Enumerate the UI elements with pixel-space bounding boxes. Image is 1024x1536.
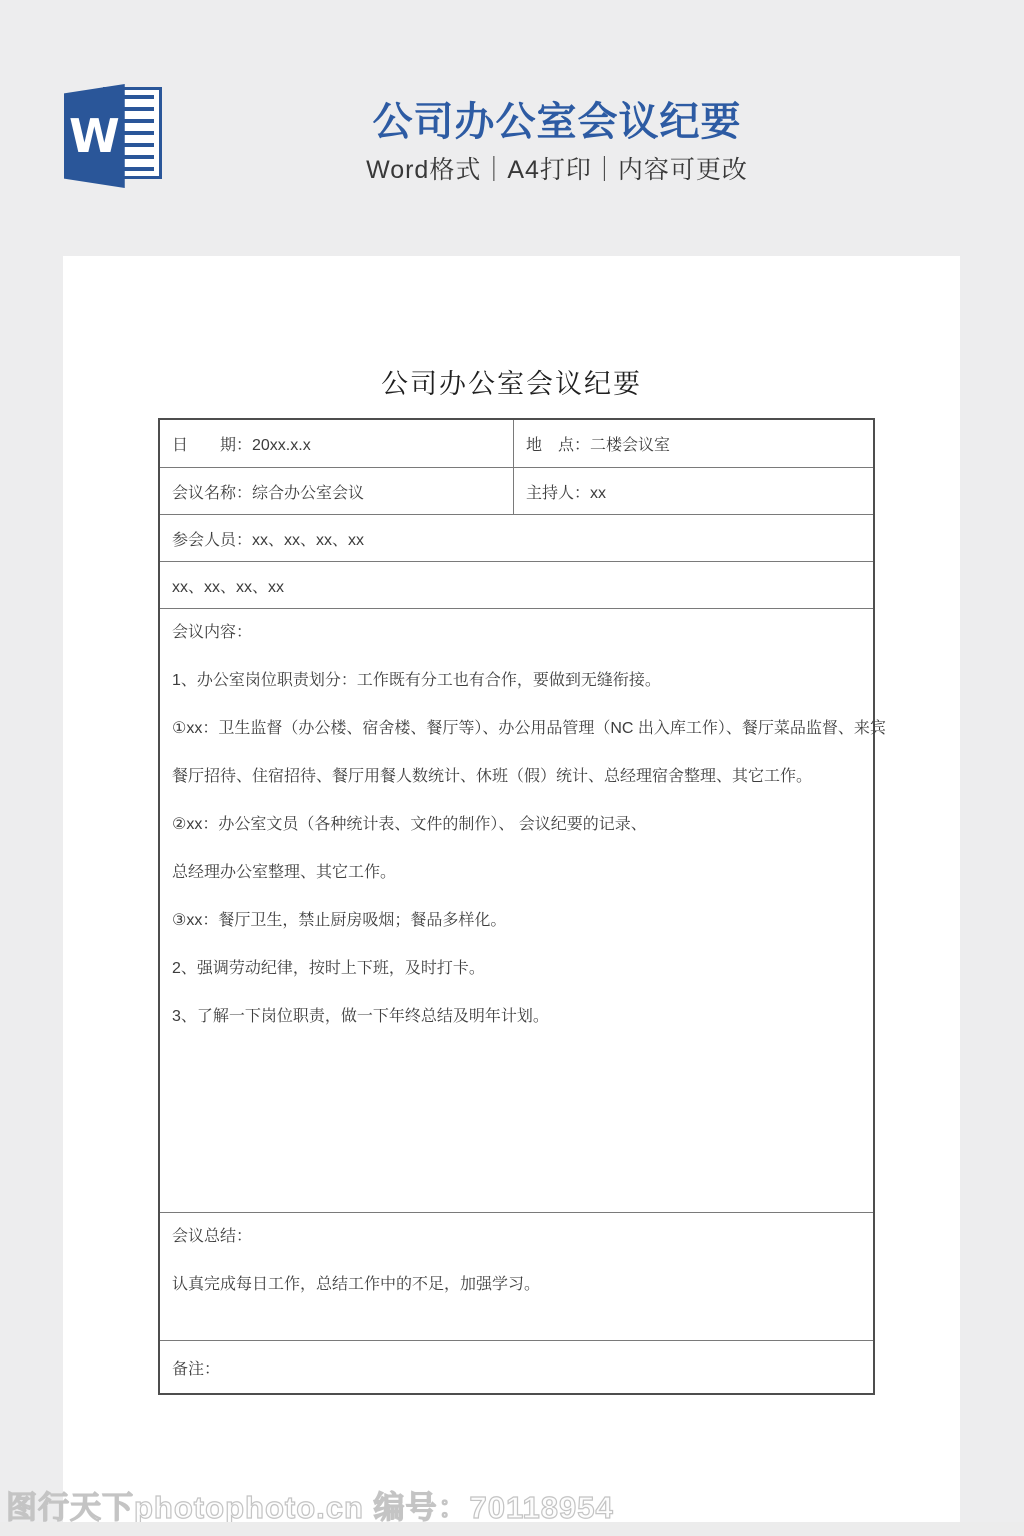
template-header: W 公司办公室会议纪要 Word格式｜A4打印｜内容可更改 xyxy=(0,0,1024,256)
content-line: ①xx：卫生监督（办公楼、宿舍楼、餐厅等）、办公用品管理（NC 出入库工作）、餐… xyxy=(172,705,886,753)
location-cell: 地 点：二楼会议室 xyxy=(513,420,873,467)
table-row-summary: 会议总结： 认真完成每日工作，总结工作中的不足，加强学习。 xyxy=(160,1212,873,1340)
content-line: 1、办公室岗位职责划分：工作既有分工也有合作，要做到无缝衔接。 xyxy=(172,657,886,705)
a4-document-page: 公司办公室会议纪要 日 期：20xx.x.x 地 点：二楼会议室 会议名称：综合… xyxy=(63,256,960,1522)
summary-text: 认真完成每日工作，总结工作中的不足，加强学习。 xyxy=(172,1261,861,1309)
content-line: 餐厅招待、住宿招待、餐厅用餐人数统计、休班（假）统计、总经理宿舍整理、其它工作。 xyxy=(172,753,886,801)
watermark-text: 图行天下photophoto.cn 编号：70118954 xyxy=(6,1482,614,1527)
meeting-minutes-table: 日 期：20xx.x.x 地 点：二楼会议室 会议名称：综合办公室会议 主持人：… xyxy=(158,418,875,1395)
summary-cell: 会议总结： 认真完成每日工作，总结工作中的不足，加强学习。 xyxy=(160,1213,873,1340)
content-heading: 会议内容： xyxy=(172,609,886,657)
summary-label: 会议总结： xyxy=(172,1213,861,1261)
header-title: 公司办公室会议纪要 xyxy=(90,90,1024,147)
attendees-cell: 参会人员：xx、xx、xx、xx xyxy=(160,515,873,561)
table-row-attendees: 参会人员：xx、xx、xx、xx xyxy=(160,514,873,561)
content-line: 总经理办公室整理、其它工作。 xyxy=(172,849,886,897)
attendees-extra-cell: xx、xx、xx、xx xyxy=(160,562,873,608)
meeting-name-cell: 会议名称：综合办公室会议 xyxy=(160,468,513,514)
table-row-content: 会议内容： 1、办公室岗位职责划分：工作既有分工也有合作，要做到无缝衔接。 ①x… xyxy=(160,608,873,1212)
table-row-date-location: 日 期：20xx.x.x 地 点：二楼会议室 xyxy=(160,420,873,467)
table-row-remark: 备注： xyxy=(160,1340,873,1393)
remark-cell: 备注： xyxy=(160,1341,873,1393)
template-preview-page: { "header": { "title": "公司办公室会议纪要", "sub… xyxy=(0,0,1024,1536)
content-line: ②xx：办公室文员（各种统计表、文件的制作）、 会议纪要的记录、 xyxy=(172,801,886,849)
host-cell: 主持人：xx xyxy=(513,468,873,514)
date-cell: 日 期：20xx.x.x xyxy=(160,420,513,467)
content-line: 2、强调劳动纪律，按时上下班，及时打卡。 xyxy=(172,945,886,993)
content-line: 3、了解一下岗位职责，做一下年终总结及明年计划。 xyxy=(172,993,886,1041)
header-subtitle: Word格式｜A4打印｜内容可更改 xyxy=(90,150,1024,186)
meeting-content-cell: 会议内容： 1、办公室岗位职责划分：工作既有分工也有合作，要做到无缝衔接。 ①x… xyxy=(160,609,898,1212)
content-line: ③xx：餐厅卫生，禁止厨房吸烟；餐品多样化。 xyxy=(172,897,886,945)
bottom-strip xyxy=(0,1522,1024,1536)
table-row-name-host: 会议名称：综合办公室会议 主持人：xx xyxy=(160,467,873,514)
document-title: 公司办公室会议纪要 xyxy=(63,362,960,401)
table-row-attendees-extra: xx、xx、xx、xx xyxy=(160,561,873,608)
